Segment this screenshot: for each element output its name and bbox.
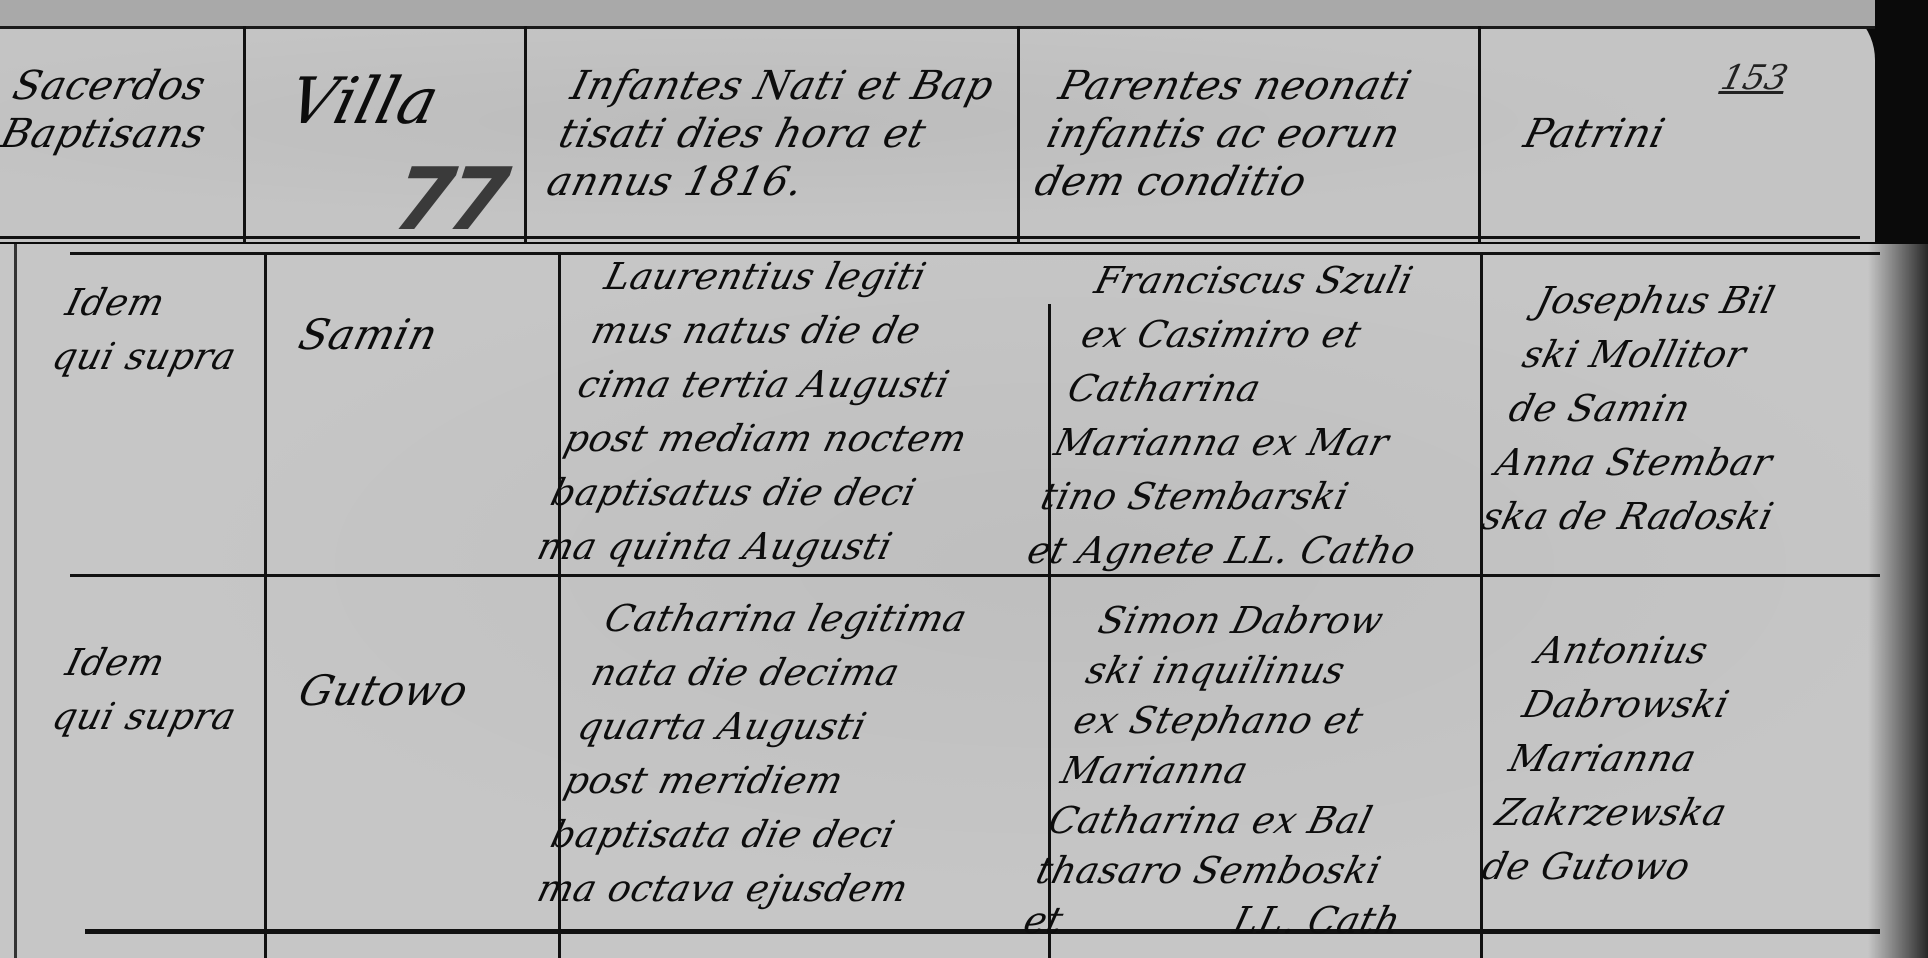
column-header-infantes: Infantes Nati et Bap tisati dies hora et… — [542, 62, 999, 206]
page-number: 153 — [1717, 58, 1792, 98]
column-divider — [264, 252, 267, 958]
column-divider — [524, 26, 527, 242]
column-divider — [1017, 26, 1020, 242]
stamp-number: 77 — [379, 150, 519, 250]
page-top-edge — [0, 0, 1875, 29]
entry-patrini: Antonius Dabrowski Marianna Zakrzewska d… — [1476, 624, 1773, 894]
column-divider — [1480, 252, 1483, 958]
column-header-sacerdos: Sacerdos Baptisans — [0, 62, 223, 158]
column-header-patrini: Patrini — [1519, 110, 1670, 158]
row-rule — [70, 574, 1880, 577]
header-bottom-rule — [0, 236, 1860, 239]
column-divider — [1478, 26, 1481, 242]
entry-infantes: Catharina legitima nata die decima quart… — [532, 592, 982, 916]
entry-infantes: Laurentius legiti mus natus die de cima … — [532, 250, 1013, 574]
entry-villa: Samin — [293, 308, 443, 362]
entry-sacerdos: Idem qui supra — [47, 636, 256, 744]
entry-patrini: Josephus Bil ski Mollitor de Samin Anna … — [1476, 274, 1833, 544]
entry-sacerdos: Idem qui supra — [47, 276, 256, 384]
column-header-parentes: Parentes neonati infantis ac eorun dem c… — [1030, 62, 1417, 206]
column-header-villa: Villa — [284, 78, 443, 126]
row-rule — [85, 929, 1880, 934]
register-page: Idem qui supra Samin Laurentius legiti m… — [0, 244, 1928, 958]
left-margin-line — [14, 244, 17, 958]
page-binding-shadow — [1868, 244, 1928, 958]
column-divider — [243, 26, 246, 242]
entry-parentes: Simon Dabrow ski inquilinus ex Stephano … — [1018, 596, 1480, 946]
entry-parentes: Franciscus Szuli ex Casimiro et Catharin… — [1022, 254, 1489, 578]
entry-villa: Gutowo — [293, 664, 473, 718]
header-strip: Sacerdos Baptisans Villa 77 Infantes Nat… — [0, 0, 1875, 242]
